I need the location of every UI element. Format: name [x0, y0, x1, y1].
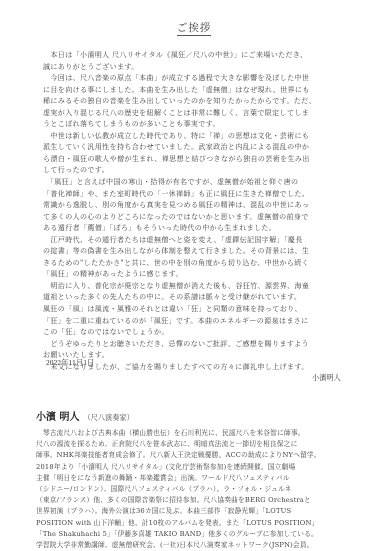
greeting-line: 明治に入り、普化宗が廃宗となり虚無僧が消えた後も、谷狂竹、源雲界、海童 — [43, 280, 348, 292]
profile-line: POSITION with 山下洋輔」他、計10枚のアルバムを発表。また「LOT… — [36, 518, 356, 529]
greeting-line: 道祖といった多くの先人たちの中に、その系譜は脈々と受け継がれています。 — [43, 291, 348, 303]
greeting-body: 本日は「小濱明人 尺八リサイタル《風狂／尺八の中世》」にご来場いただき、 誠にあ… — [43, 49, 348, 372]
greeting-line: 誠にありがとうございます。 — [43, 61, 348, 73]
greeting-line: 「普化禅師」や、また室町時代の「一休禅師」も正に風狂に生きた禅僧でした。 — [43, 188, 348, 200]
greeting-line: 派生していく汎用性を持ち合わせていました。武家政治と内乱による混乱の中か — [43, 141, 348, 153]
greeting-line: 常識から逸脱し、別の角度から真実を見つめる風狂の精神は、混乱の中世にあっ — [43, 199, 348, 211]
greeting-line: の掟書」等の偽書を生み出しながら体制を整えて行きました。その背景には、生 — [43, 245, 348, 257]
profile-line: 2018年より「小濱明人 尺八リサイタル」(文化庁芸術祭参加)を連続開催。国立劇… — [36, 462, 356, 473]
greeting-line: ら漂白・風狂の歌人や僧が生まれ、禅思想と結びつきながら独自の芸術を生み出 — [43, 153, 348, 165]
greeting-date: 2022年11月1日 — [46, 357, 94, 368]
greeting-line: に目を向ける事にしました。本曲を生み出した「虚無僧」はなぜ現れ、世界にも — [43, 84, 348, 96]
profile-role: （尺八演奏家） — [83, 413, 133, 422]
profile-line: 主催「明日をになう新進の舞踊・邦楽鑑賞会」出演。ワールド尺八フェスティバル — [36, 473, 356, 484]
profile-line: 世界初演（プラハ）。海外公演は36カ国に及ぶ。本曲三部作「寂静光輝」「LOTUS — [36, 506, 356, 517]
profile-line: （シドニー/ロンドン）、国際尺八フェスティバル（プラハ）、ラ・フォル・ジュルネ — [36, 484, 356, 495]
greeting-line: 風狂の「風」は風流・風雅のそれとは違い「狂」と同類の意味を持っており、 — [43, 303, 348, 315]
document-page: ご挨拶 本日は「小濱明人 尺八リサイタル《風狂／尺八の中世》」にご来場いただき、… — [0, 0, 388, 551]
greeting-line: 本日は「小濱明人 尺八リサイタル《風狂／尺八の中世》」にご来場いただき、 — [43, 49, 348, 61]
profile-line: 師事。NHK邦楽技能者育成会修了。尺八新人王決定戦優勝。ACCの助成によりNYへ… — [36, 450, 356, 461]
profile-body: 琴古流尺八および古典本曲（横山勝也伝）を石川利光に、民謡尺八を米谷智に師事。 尺… — [36, 428, 356, 551]
greeting-line: きるための"したたかさ"と共に、世の中を別の角度から切り込む、中世から続く — [43, 257, 348, 269]
greeting-line: うとこぼれ落ちてしまうものが多いことも事実です。 — [43, 118, 348, 130]
greeting-line: ある遁行者「薦僧」「ぼろ」もそういった時代の中から生まれました。 — [43, 222, 348, 234]
greeting-line: この「狂」なのではないでしょうか。 — [43, 326, 348, 338]
greeting-line: 虚実が入り混じる尺八の歴史を紐解くことは非常に難しく、言葉で限定してしま — [43, 107, 348, 119]
profile-heading: 小濱 明人（尺八演奏家） — [36, 408, 134, 423]
greeting-line: 「風狂」の精神があったように感じます。 — [43, 268, 348, 280]
greeting-line: どうぞゆったりとお聴きいただき、忌憚のないご批評、ご感想を賜りますよう — [43, 338, 348, 350]
profile-line: 「The Shakuhachi 5」「伊藤多喜雄 TAKIO BAND」他多くの… — [36, 529, 356, 540]
profile-name: 小濱 明人 — [36, 412, 79, 423]
greeting-line: 稀にみるその独自の音楽を生み出していったのかを知りたかったからです。ただ、 — [43, 95, 348, 107]
greeting-title: ご挨拶 — [0, 20, 388, 35]
profile-line: 学習院大学非常勤講師、虚無僧研究会、(一社)日本尺八演奏家ネットワーク(JSPN… — [36, 540, 356, 551]
greeting-line: 江戸時代、その遁行者たちは虚無僧へと姿を変え、「虚鐸伝記国字解」「慶長 — [43, 234, 348, 246]
greeting-line: 「風狂」と言えば中国の寒山・拾得が有名ですが、虚無僧が始祖と仰ぐ唐の — [43, 176, 348, 188]
greeting-title-text: ご挨拶 — [177, 22, 212, 36]
greeting-line: て多くの人の心のよりどころになったのではないかと思います。虚無僧の前身で — [43, 211, 348, 223]
greeting-line: 今回は、尺八音楽の原点「本曲」が成立する過程で大きな影響を及ぼした中世 — [43, 72, 348, 84]
greeting-line: 「狂」を二重に重ねているのが「風狂」です。本曲のエネルギーの源泉はまさに — [43, 315, 348, 327]
profile-line: 尺八の源流を探るため、正倉院尺八を笹本武志に、明暗真法流と一節切を相良保之に — [36, 439, 356, 450]
profile-line: 琴古流尺八および古典本曲（横山勝也伝）を石川利光に、民謡尺八を米谷智に師事。 — [36, 428, 356, 439]
profile-line: （東京/フランス）他、多くの国際音楽祭に招待参加。尺八協奏曲をBERG Orch… — [36, 495, 356, 506]
greeting-signature: 小濱明人 — [312, 373, 341, 383]
greeting-line: して行ったのです。 — [43, 164, 348, 176]
greeting-line: 中世は新しい仏教が成立した時代であり、特に「禅」の思想は文化・芸術にも — [43, 130, 348, 142]
